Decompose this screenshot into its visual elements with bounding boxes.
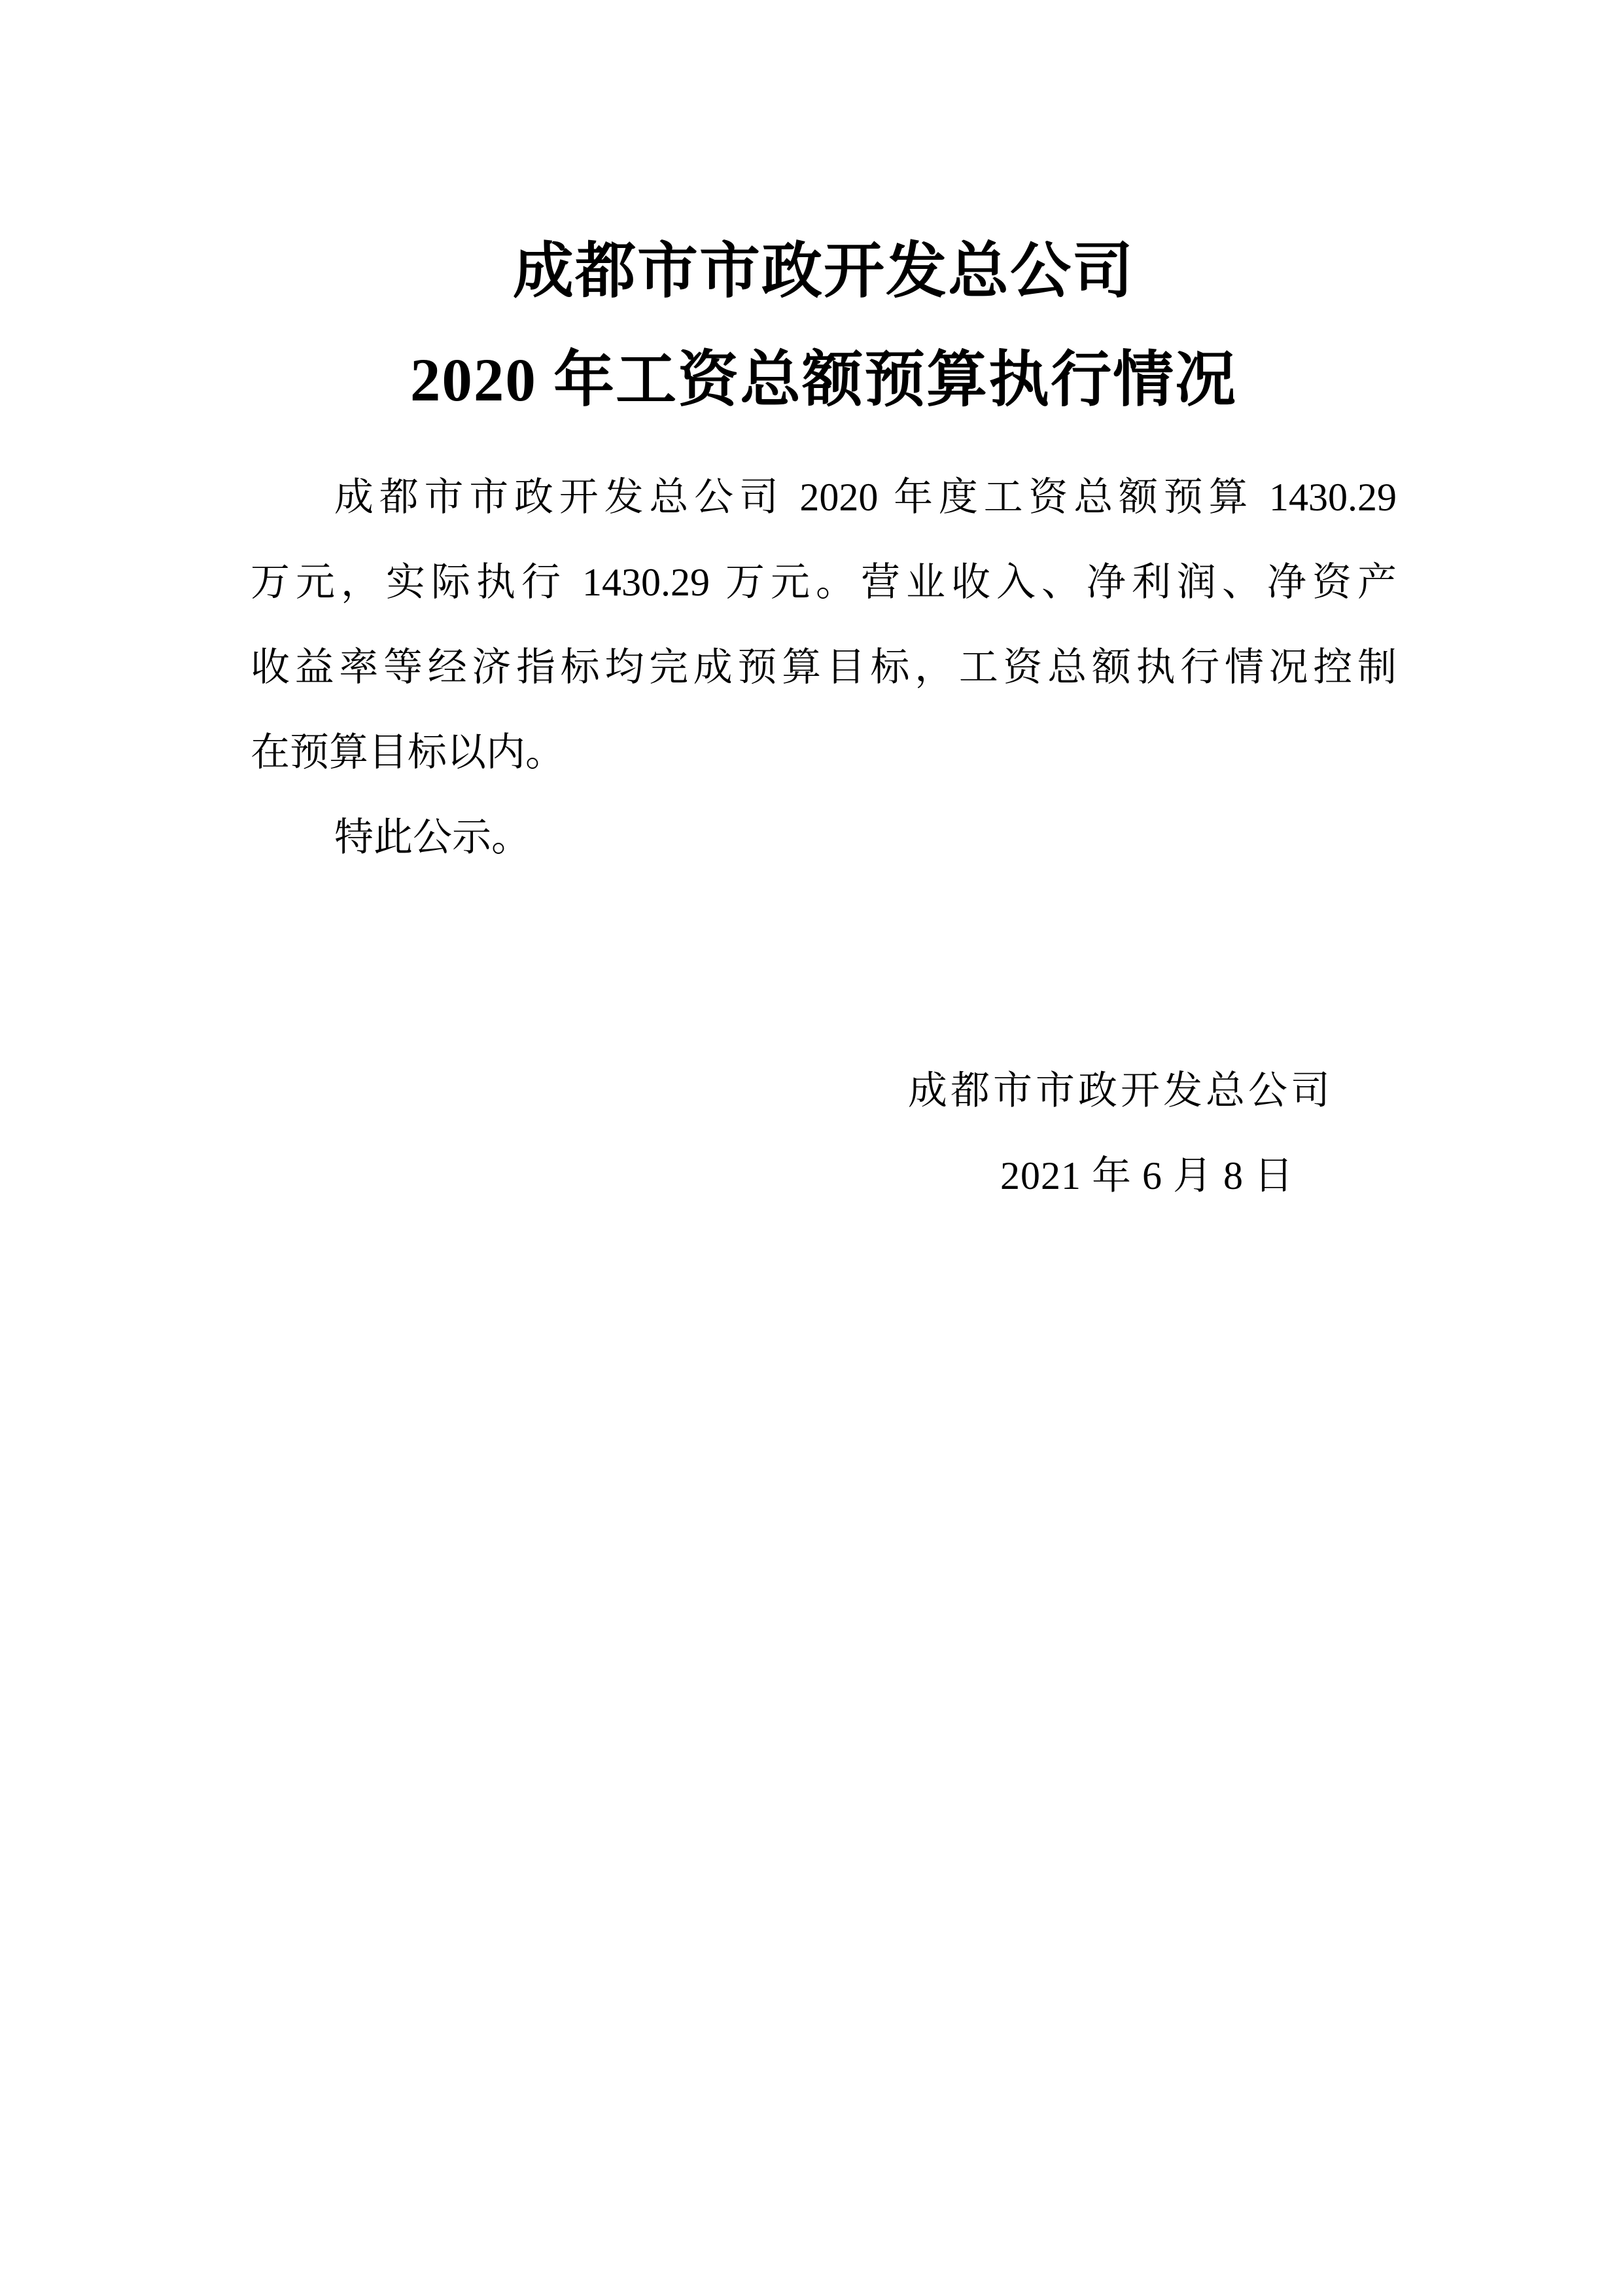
- document-content: 成都市市政开发总公司 2020 年工资总额预算执行情况 成都市市政开发总公司 2…: [251, 218, 1397, 1218]
- body-paragraph-line-1: 成都市市政开发总公司 2020 年度工资总额预算 1430.29: [251, 455, 1397, 540]
- document-page: 成都市市政开发总公司 2020 年工资总额预算执行情况 成都市市政开发总公司 2…: [0, 0, 1623, 2296]
- signature-block: 成都市市政开发总公司 2021 年 6 月 8 日: [251, 1048, 1397, 1218]
- body-paragraph: 成都市市政开发总公司 2020 年度工资总额预算 1430.29 万元，实际执行…: [251, 455, 1397, 880]
- body-paragraph-line-2: 万元，实际执行 1430.29 万元。营业收入、净利润、净资产: [251, 540, 1397, 625]
- document-title-line-1: 成都市市政开发总公司: [251, 218, 1397, 327]
- body-paragraph-line-4: 在预算目标以内。: [251, 710, 1397, 795]
- document-title-line-2: 2020 年工资总额预算执行情况: [251, 327, 1397, 435]
- signature-date: 2021 年 6 月 8 日: [251, 1133, 1397, 1218]
- signature-company-name: 成都市市政开发总公司: [251, 1048, 1397, 1133]
- closing-statement: 特此公示。: [251, 795, 1397, 880]
- body-paragraph-line-3: 收益率等经济指标均完成预算目标，工资总额执行情况控制: [251, 625, 1397, 710]
